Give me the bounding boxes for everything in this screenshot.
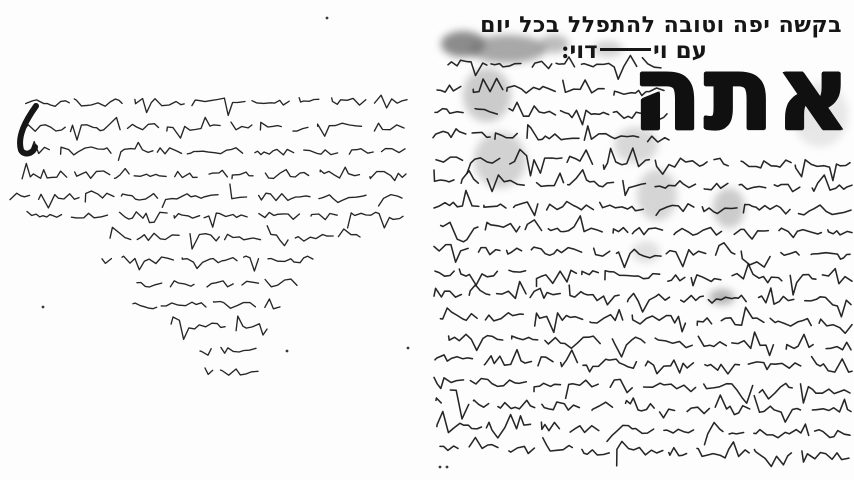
initial-word-atah: אתה [632, 44, 852, 146]
subtitle-text-left: דוי: [561, 37, 598, 64]
left-page [0, 0, 415, 480]
manuscript-scan: בקשה יפה וטובה להתפלל בכל יום עם וי דוי:… [0, 0, 854, 480]
